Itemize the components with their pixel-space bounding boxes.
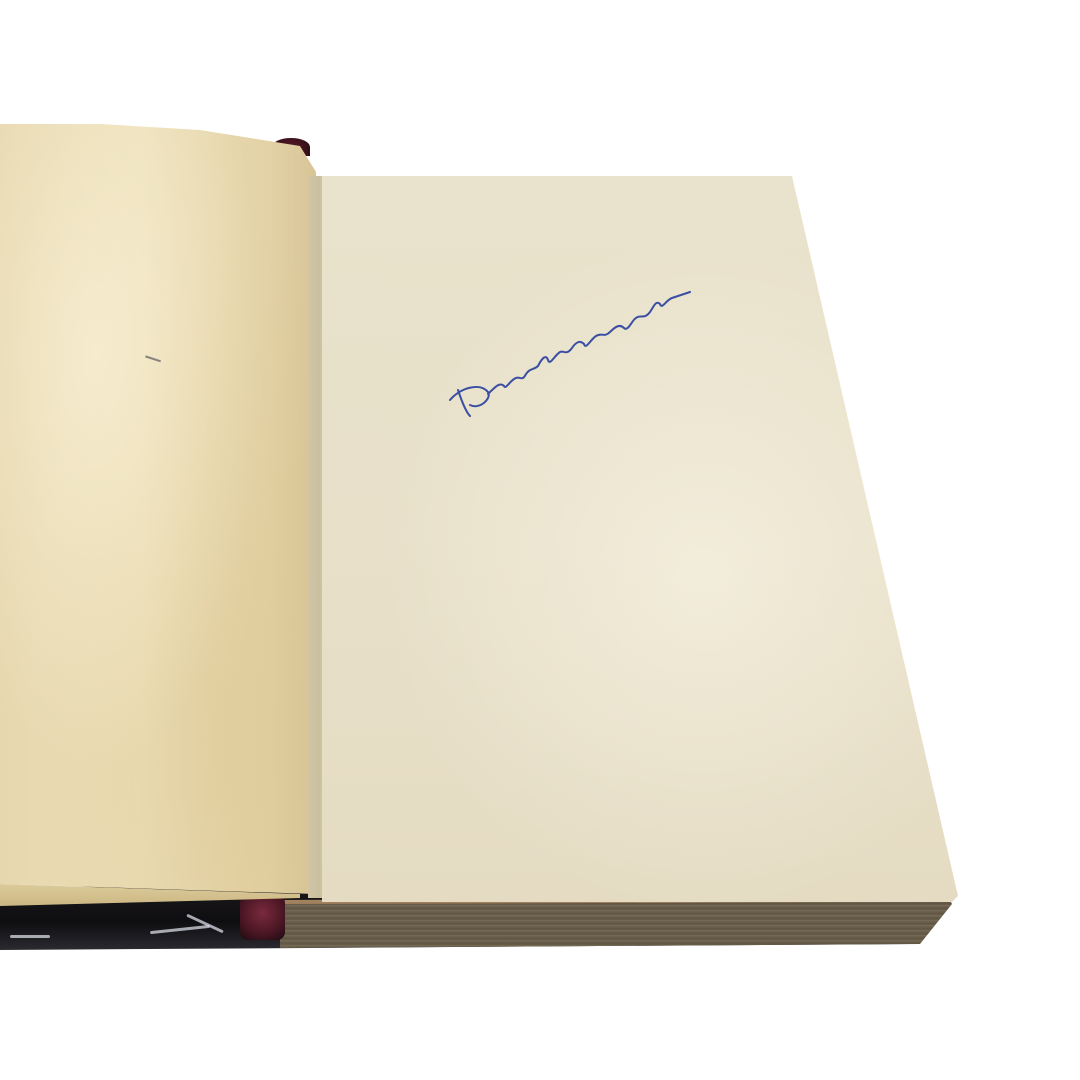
signature-ink-icon (440, 270, 700, 430)
right-page-edges (280, 896, 952, 948)
left-page (0, 124, 316, 894)
signature (440, 270, 700, 430)
book-photo (0, 0, 1080, 1080)
spine-cloth (240, 895, 285, 940)
cover-glint (10, 935, 50, 938)
